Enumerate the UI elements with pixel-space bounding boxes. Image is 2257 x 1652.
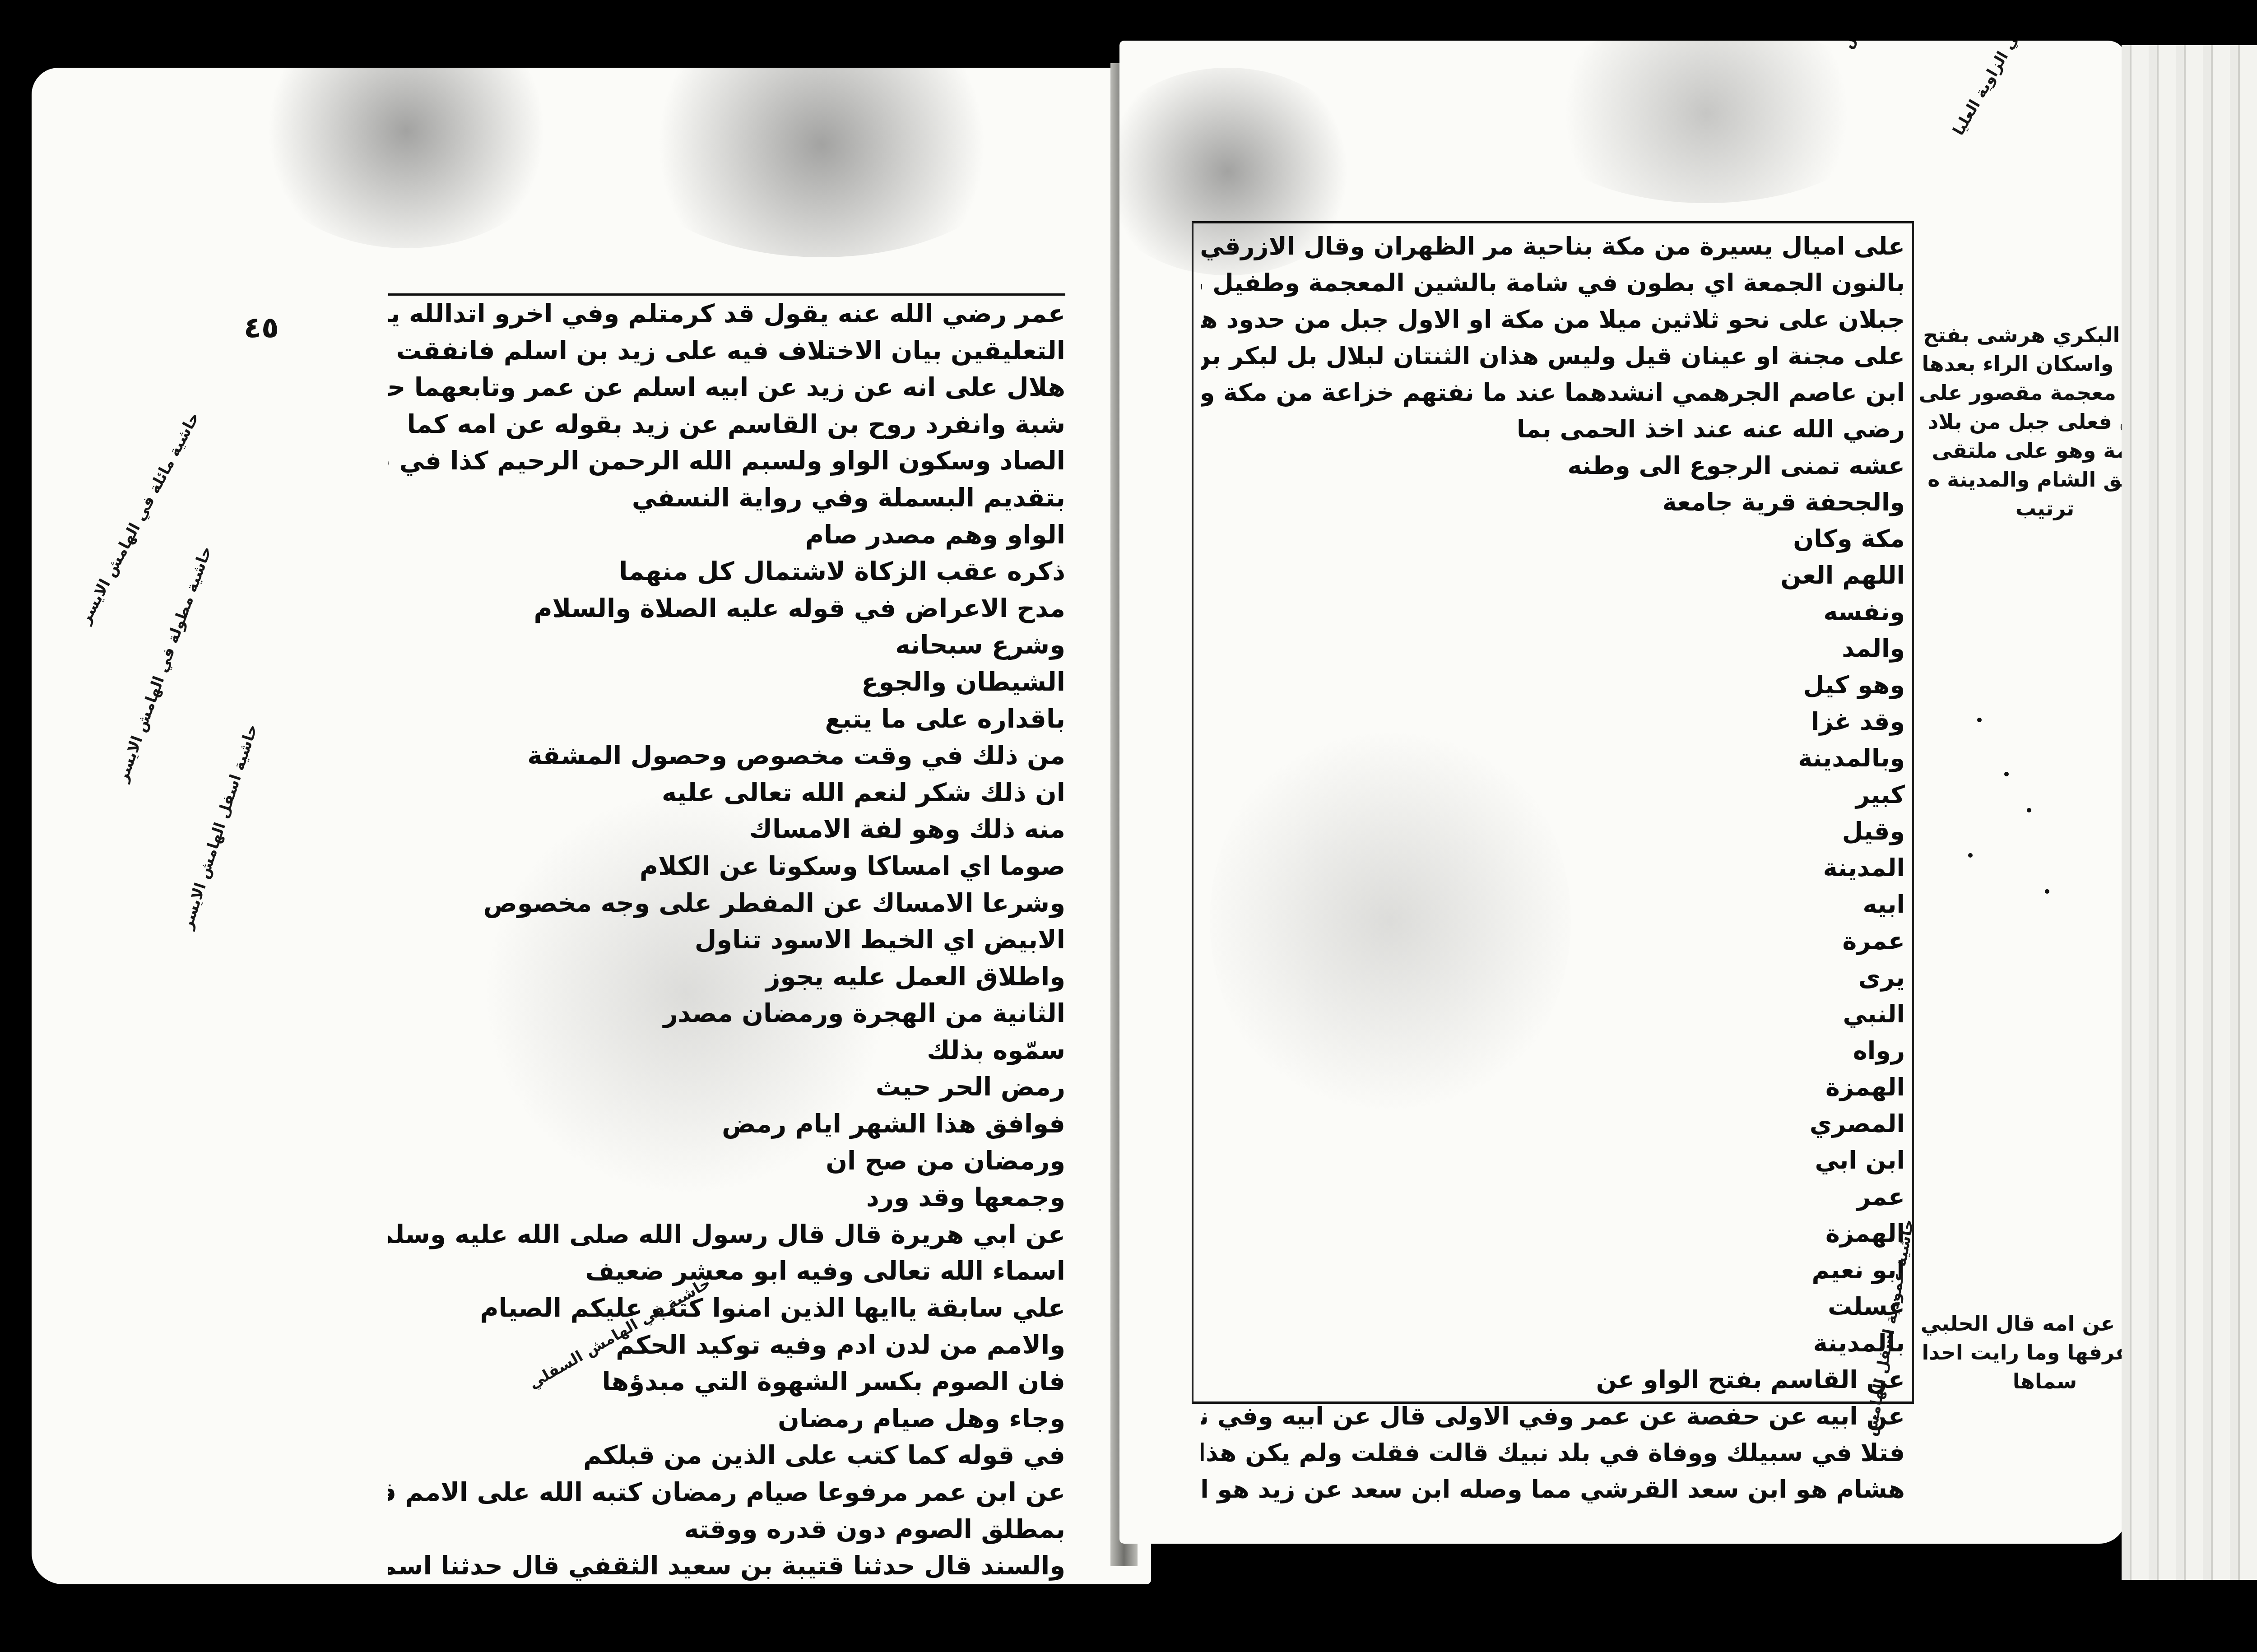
text-line: بالنون الجمعة اي بطون في شامة بالشين الم… [1201, 265, 1905, 301]
text-line: رواه [1201, 1032, 1905, 1069]
text-line: ابيه [1201, 886, 1905, 923]
page-number: ٤٥ [244, 311, 279, 345]
text-line: منه ذلك وهو لفة الامساك [388, 811, 1065, 848]
right-page: على اميال يسيرة من مكة بناحية مر الظهران… [1119, 41, 2126, 1544]
ink-speck [2045, 889, 2049, 894]
text-line: هشام هو ابن سعد القرشي مما وصله ابن سعد … [1201, 1471, 1905, 1508]
main-text-block-left: عمر رضي الله عنه يقول قد كرمتلم وفي اخرو… [388, 293, 1065, 1442]
text-line: الهمزة [1201, 1215, 1905, 1252]
text-line: والامم من لدن ادم وفيه توكيد الحكم [388, 1327, 1065, 1364]
text-line: فان الصوم بكسر الشهوة التي مبدؤها [388, 1364, 1065, 1401]
text-line: عمر رضي الله عنه يقول قد كرمتلم وفي اخرو… [388, 296, 1065, 333]
ink-speck [2004, 772, 2009, 776]
text-line: عن ابن عمر مرفوعا صيام رمضان كتبه الله ع… [388, 1474, 1065, 1511]
text-line: بالمدينة [1201, 1325, 1905, 1361]
text-line: على مجنة او عينان قيل وليس هذان الثنتان … [1201, 338, 1905, 374]
text-line: واطلاق العمل عليه يجوز [388, 959, 1065, 996]
text-line: من ذلك في وقت مخصوص وحصول المشقة [388, 738, 1065, 775]
text-line: على اميال يسيرة من مكة بناحية مر الظهران… [1201, 228, 1905, 265]
text-line: وشرع سبحانه [388, 627, 1065, 664]
ink-speck [1968, 853, 1973, 858]
text-line: التعليقين بيان الاختلاف فيه على زيد بن ا… [388, 333, 1065, 370]
text-line: ونفسه [1201, 594, 1905, 630]
text-line: يرى [1201, 959, 1905, 996]
text-line: رمض الحر حيث [388, 1069, 1065, 1106]
text-line: باقداره على ما يتبع [388, 701, 1065, 738]
text-line: اسماء الله تعالى وفيه ابو معشر ضعيف [388, 1253, 1065, 1290]
text-line: الصاد وسكون الواو ولسبم الله الرحمن الرح… [388, 443, 1065, 480]
text-line: ابن عاصم الجرهمي انشدهما عند ما نفتهم خز… [1201, 374, 1905, 411]
text-line: بتقديم البسملة وفي رواية النسفي [388, 480, 1065, 517]
margin-note-bottom: قوله عن امه قال الحلبي لم اعرفها وما راي… [1918, 1309, 2126, 1396]
water-stain [248, 68, 564, 248]
text-line: ابو نعيم [1201, 1252, 1905, 1288]
main-text-block-right: على اميال يسيرة من مكة بناحية مر الظهران… [1192, 221, 1914, 1404]
left-page: ٤٥ عمر رضي الله عنه يقول قد كرمتلم وفي ا… [32, 68, 1151, 1584]
text-line: والمد [1201, 630, 1905, 667]
text-line: ذكره عقب الزكاة لاشتمال كل منهما [388, 553, 1065, 590]
text-line: رضي الله عنه عند اخذ الحمى بما [1201, 411, 1905, 447]
margin-note-diagonal: حاشية مائلة في الزاوية العليا [1932, 41, 2076, 168]
text-line: شبة وانفرد روح بن القاسم عن زيد بقوله عن… [388, 406, 1065, 443]
text-line: الشيطان والجوع [388, 664, 1065, 701]
text-line: والجحفة قرية جامعة [1201, 484, 1905, 520]
text-line: الثانية من الهجرة ورمضان مصدر [388, 995, 1065, 1032]
text-line: وشرعا الامساك عن المفطر على وجه مخصوص [388, 885, 1065, 922]
manuscript-spread: ٤٥ عمر رضي الله عنه يقول قد كرمتلم وفي ا… [18, 27, 2257, 1634]
text-line: في قوله كما كتب على الذين من قبلكم [388, 1437, 1065, 1474]
text-line: المصري [1201, 1105, 1905, 1142]
text-line: عن ابيه عن حفصة عن عمر وفي الاولى قال عن… [1201, 1398, 1905, 1434]
margin-note-top: قال البكري هرشى بفتح الهاء واسكان الراء … [1918, 320, 2126, 523]
ink-speck [2027, 808, 2031, 812]
text-line: والسند قال حدثنا قتيبة بن سعيد الثقفي قا… [388, 1548, 1065, 1584]
margin-note-diagonal: حاشية مطولة في الهامش الايسر [59, 543, 216, 932]
text-line: هلال على انه عن زيد عن ابيه اسلم عن عمر … [388, 369, 1065, 406]
text-line: الابيض اي الخيط الاسود تناول [388, 922, 1065, 959]
text-line: وبالمدينة [1201, 740, 1905, 776]
text-line: عمرة [1201, 923, 1905, 959]
text-line: وقد غزا [1201, 703, 1905, 740]
text-line: ابن ابي [1201, 1142, 1905, 1179]
text-line: بمطلق الصوم دون قدره ووقته [388, 1511, 1065, 1548]
text-line: عن ابي هريرة قال قال رسول الله صلى الله … [388, 1216, 1065, 1253]
text-line: كبير [1201, 776, 1905, 813]
text-line: عمر [1201, 1179, 1905, 1215]
text-line: ان ذلك شكر لنعم الله تعالى عليه [388, 775, 1065, 812]
text-line: ورمضان من صح ان [388, 1143, 1065, 1180]
water-stain [618, 68, 1025, 257]
text-line: وقيل [1201, 813, 1905, 849]
text-line: عشه تمنى الرجوع الى وطنه [1201, 447, 1905, 484]
text-line: فتلا في سبيلك ووفاة في بلد نبيك قالت فقل… [1201, 1434, 1905, 1471]
ink-speck [1977, 718, 1982, 722]
text-line: علي سابقة ياايها الذين امنوا كتب عليكم ا… [388, 1290, 1065, 1327]
text-line: صوما اي امساكا وسكوتا عن الكلام [388, 848, 1065, 885]
text-line: وجمعها وقد ورد [388, 1179, 1065, 1216]
text-line: جبلان على نحو ثلاثين ميلا من مكة او الاو… [1201, 301, 1905, 338]
text-line: فوافق هذا الشهر ايام رمض [388, 1106, 1065, 1143]
text-line: مدح الاعراض في قوله عليه الصلاة والسلام [388, 590, 1065, 627]
text-line: اللهم العن [1201, 557, 1905, 594]
text-line: مكة وكان [1201, 520, 1905, 557]
text-line: وهو كيل [1201, 667, 1905, 703]
page-edges [2122, 45, 2257, 1580]
text-line: الواو وهم مصدر صام [388, 517, 1065, 554]
text-line: غسلت [1201, 1288, 1905, 1325]
text-line: سمّوه بذلك [388, 1032, 1065, 1069]
text-line: عن القاسم بفتح الواو عن [1201, 1361, 1905, 1398]
text-line: المدينة [1201, 849, 1905, 886]
text-line: النبي [1201, 996, 1905, 1032]
text-line: الهمزة [1201, 1069, 1905, 1105]
